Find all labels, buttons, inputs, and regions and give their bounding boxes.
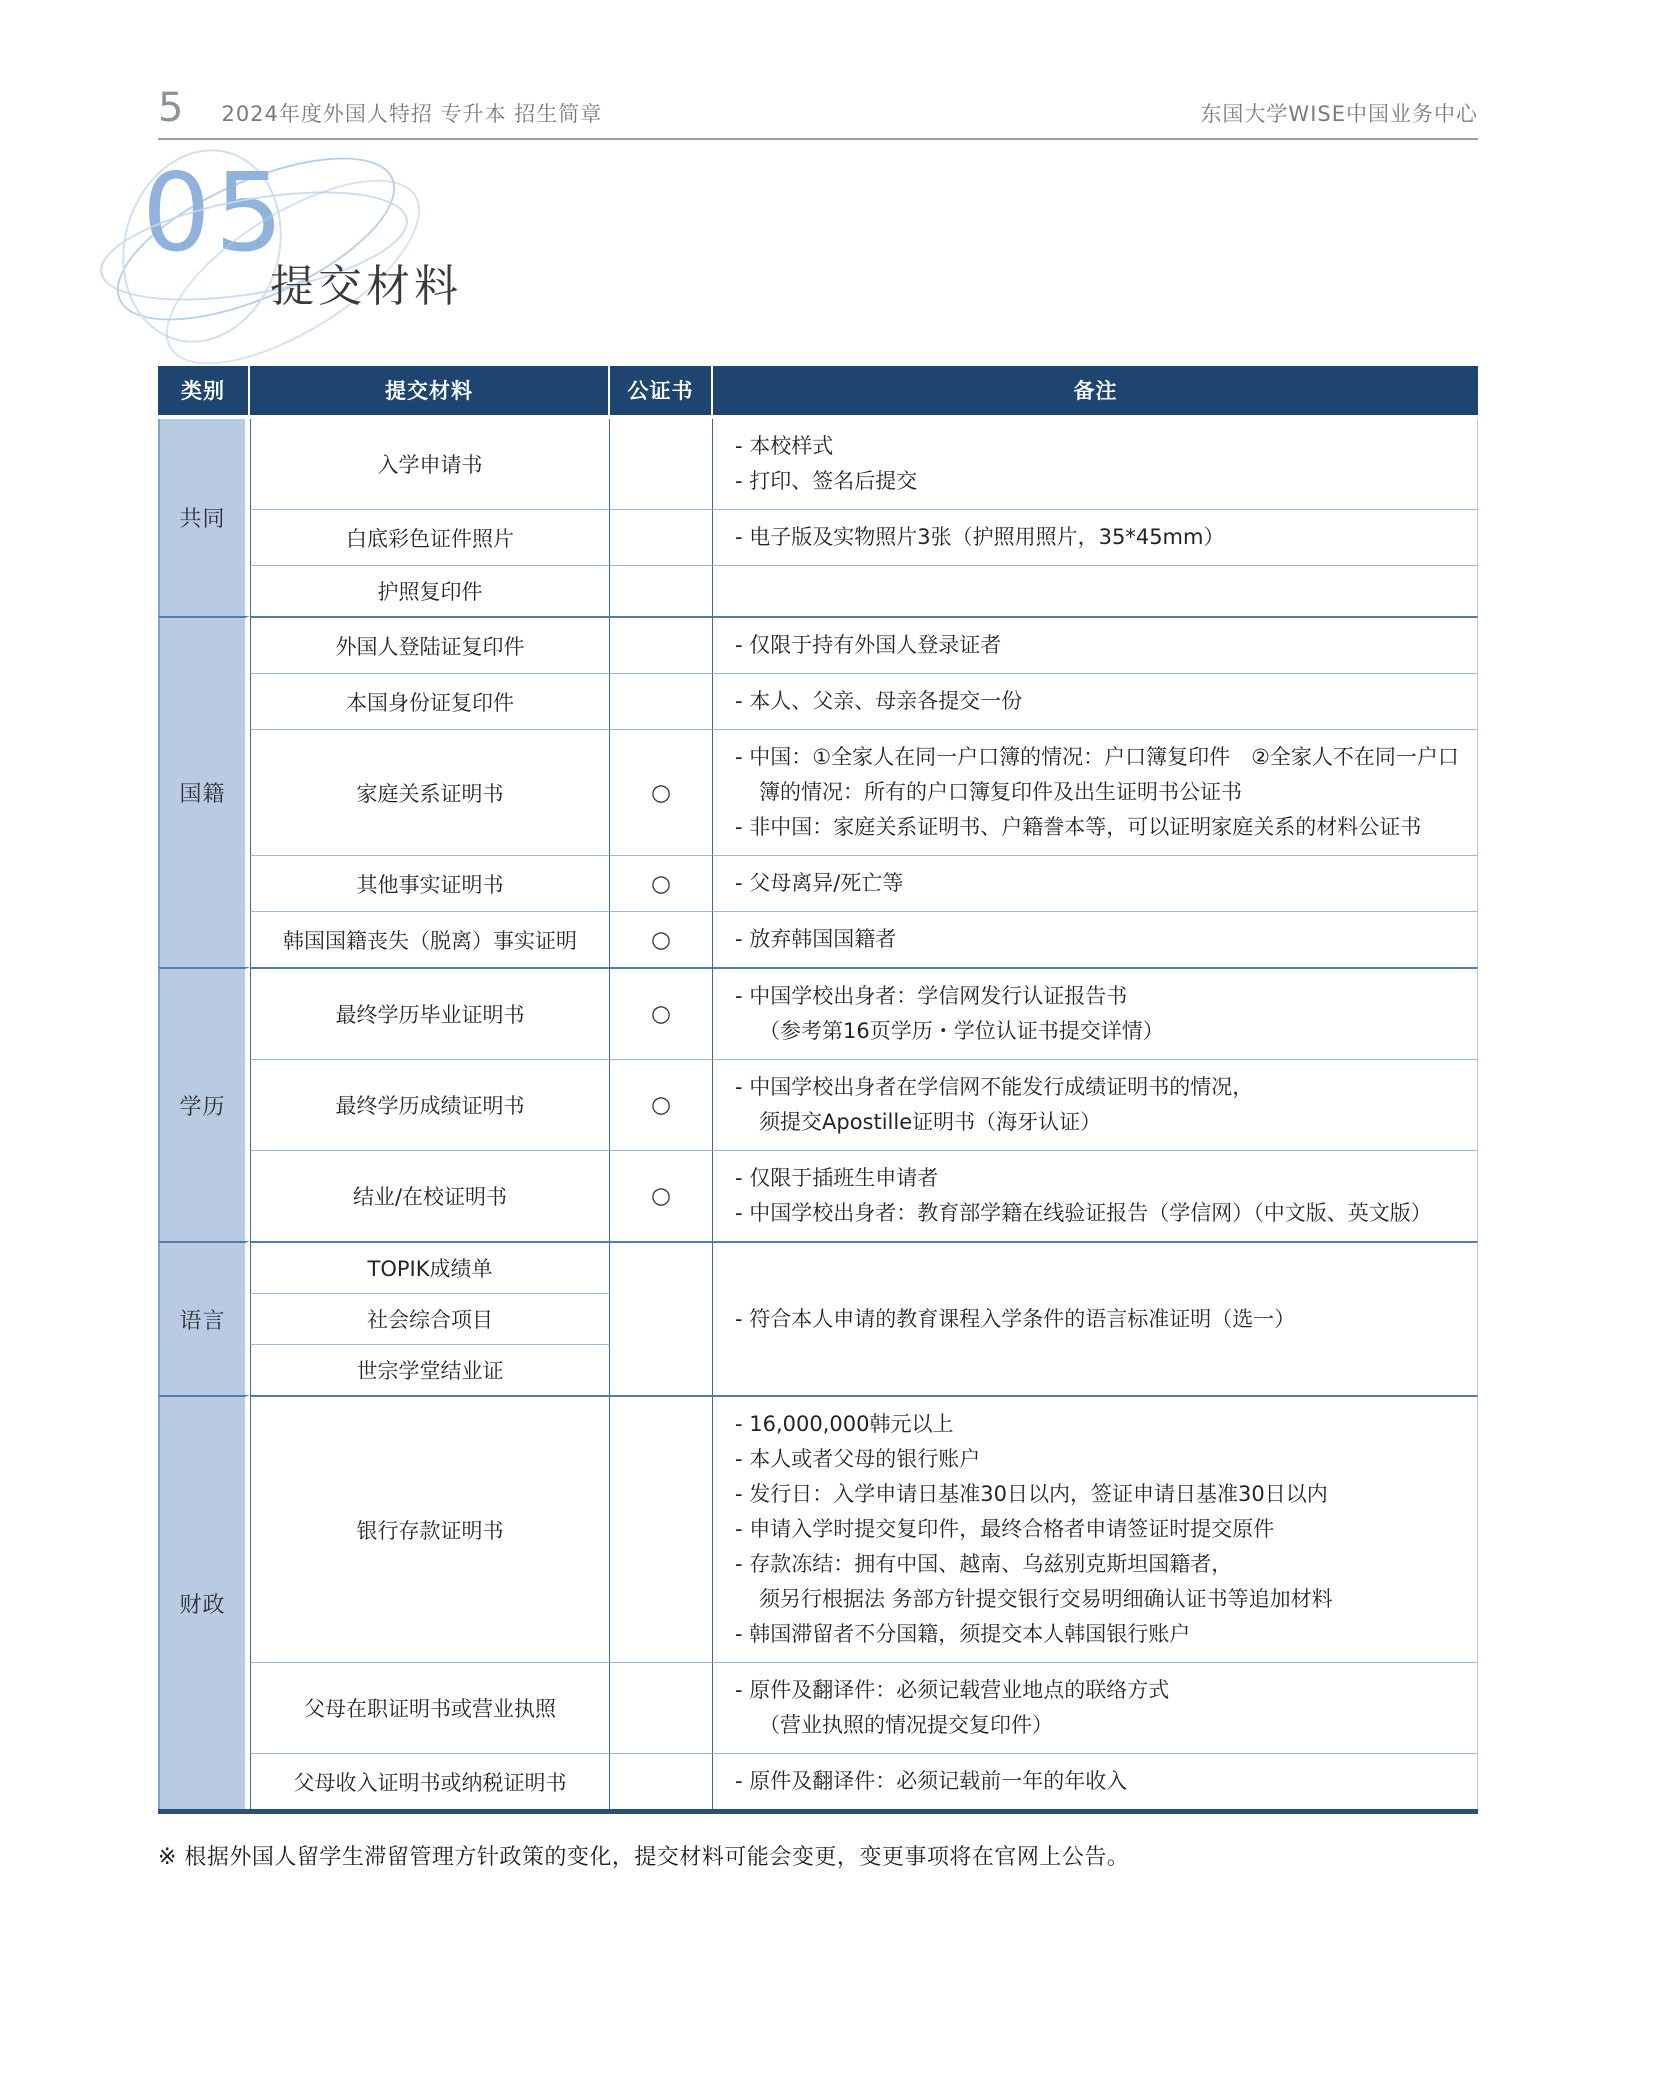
remark-line: - 打印、签名后提交 <box>735 464 1463 499</box>
remark-line: - 仅限于持有外国人登录证者 <box>735 628 1463 663</box>
remark-line: - 中国学校出身者：学信网发行认证报告书 <box>735 979 1463 1014</box>
table-row: 语言TOPIK成绩单- 符合本人申请的教育课程入学条件的语言标准证明（选一） <box>158 1241 1478 1293</box>
remarks-cell: - 本人、父亲、母亲各提交一份 <box>713 673 1478 729</box>
material-cell: 白底彩色证件照片 <box>250 509 610 565</box>
material-cell: 入学申请书 <box>250 419 610 509</box>
remark-line: 须提交Apostille证明书（海牙认证） <box>735 1105 1463 1140</box>
section-heading: 05 提交材料 <box>158 154 1478 366</box>
remark-line: - 韩国滞留者不分国籍，须提交本人韩国银行账户 <box>735 1617 1463 1652</box>
notary-cell <box>610 673 713 729</box>
remarks-cell: - 电子版及实物照片3张（护照用照片，35*45mm） <box>713 509 1478 565</box>
material-cell: 世宗学堂结业证 <box>250 1344 610 1395</box>
material-cell: 护照复印件 <box>250 565 610 616</box>
notary-cell <box>610 616 713 673</box>
category-cell: 财政 <box>158 1395 250 1809</box>
remarks-cell: - 符合本人申请的教育课程入学条件的语言标准证明（选一） <box>713 1241 1478 1395</box>
remarks-cell: - 16,000,000韩元以上- 本人或者父母的银行账户- 发行日：入学申请日… <box>713 1395 1478 1662</box>
table-row: 共同入学申请书- 本校样式- 打印、签名后提交 <box>158 419 1478 509</box>
remark-line: - 16,000,000韩元以上 <box>735 1407 1463 1442</box>
notary-cell <box>610 509 713 565</box>
notary-cell: ○ <box>610 855 713 911</box>
material-cell: 银行存款证明书 <box>250 1395 610 1662</box>
page-content: 5 2024年度外国人特招 专升本 招生简章 东国大学WISE中国业务中心 05… <box>158 0 1478 1871</box>
remarks-cell: - 中国学校出身者：学信网发行认证报告书（参考第16页学历・学位认证书提交详情） <box>713 967 1478 1059</box>
notary-cell: ○ <box>610 729 713 855</box>
remark-line: - 放弃韩国国籍者 <box>735 922 1463 957</box>
material-cell: 最终学历毕业证明书 <box>250 967 610 1059</box>
materials-table-body: 共同入学申请书- 本校样式- 打印、签名后提交白底彩色证件照片- 电子版及实物照… <box>158 419 1478 1809</box>
materials-table: 类别提交材料公证书备注 共同入学申请书- 本校样式- 打印、签名后提交白底彩色证… <box>158 366 1478 1814</box>
remarks-cell <box>713 565 1478 616</box>
remarks-cell: - 中国学校出身者在学信网不能发行成绩证明书的情况，须提交Apostille证明… <box>713 1059 1478 1150</box>
remark-line: - 父母离异/死亡等 <box>735 866 1463 901</box>
remarks-cell: - 中国：①全家人在同一户口簿的情况：户口簿复印件 ②全家人不在同一户口簿的情况… <box>713 729 1478 855</box>
section-number: 05 <box>142 160 287 268</box>
remark-line: - 发行日：入学申请日基准30日以内，签证申请日基准30日以内 <box>735 1477 1463 1512</box>
table-row: 家庭关系证明书○- 中国：①全家人在同一户口簿的情况：户口簿复印件 ②全家人不在… <box>158 729 1478 855</box>
table-row: 护照复印件 <box>158 565 1478 616</box>
remark-line: - 本人或者父母的银行账户 <box>735 1442 1463 1477</box>
remark-line: - 原件及翻译件：必须记载营业地点的联络方式 <box>735 1673 1463 1708</box>
table-row: 国籍外国人登陆证复印件- 仅限于持有外国人登录证者 <box>158 616 1478 673</box>
remarks-cell: - 放弃韩国国籍者 <box>713 911 1478 967</box>
material-cell: 社会综合项目 <box>250 1293 610 1344</box>
material-cell: 结业/在校证明书 <box>250 1150 610 1241</box>
notary-cell <box>610 419 713 509</box>
column-header-3: 备注 <box>713 366 1478 419</box>
material-cell: 韩国国籍丧失（脱离）事实证明 <box>250 911 610 967</box>
table-row: 韩国国籍丧失（脱离）事实证明○- 放弃韩国国籍者 <box>158 911 1478 967</box>
notary-cell: ○ <box>610 1059 713 1150</box>
table-row: 财政银行存款证明书- 16,000,000韩元以上- 本人或者父母的银行账户- … <box>158 1395 1478 1662</box>
column-header-2: 公证书 <box>610 366 713 419</box>
remarks-cell: - 本校样式- 打印、签名后提交 <box>713 419 1478 509</box>
remark-line: - 本人、父亲、母亲各提交一份 <box>735 684 1463 719</box>
remark-line: - 原件及翻译件：必须记载前一年的年收入 <box>735 1764 1463 1799</box>
remarks-cell: - 仅限于持有外国人登录证者 <box>713 616 1478 673</box>
remark-line: - 符合本人申请的教育课程入学条件的语言标准证明（选一） <box>735 1302 1463 1337</box>
table-row: 白底彩色证件照片- 电子版及实物照片3张（护照用照片，35*45mm） <box>158 509 1478 565</box>
remark-line: （营业执照的情况提交复印件） <box>735 1708 1463 1743</box>
remark-line: - 中国学校出身者：教育部学籍在线验证报告（学信网）（中文版、英文版） <box>735 1196 1463 1231</box>
category-cell: 学历 <box>158 967 250 1241</box>
footnote: ※ 根据外国人留学生滞留管理方针政策的变化，提交材料可能会变更，变更事项将在官网… <box>158 1840 1478 1871</box>
remark-line: - 申请入学时提交复印件，最终合格者申请签证时提交原件 <box>735 1512 1463 1547</box>
material-cell: 父母在职证明书或营业执照 <box>250 1662 610 1753</box>
notary-cell <box>610 565 713 616</box>
remark-line: - 非中国：家庭关系证明书、户籍誊本等，可以证明家庭关系的材料公证书 <box>735 810 1463 845</box>
table-row: 其他事实证明书○- 父母离异/死亡等 <box>158 855 1478 911</box>
remark-line: - 中国学校出身者在学信网不能发行成绩证明书的情况， <box>735 1070 1463 1105</box>
table-row: 父母收入证明书或纳税证明书- 原件及翻译件：必须记载前一年的年收入 <box>158 1753 1478 1809</box>
material-cell: 外国人登陆证复印件 <box>250 616 610 673</box>
notary-cell <box>610 1395 713 1662</box>
remark-line: 须另行根据法 务部方针提交银行交易明细确认证书等追加材料 <box>735 1582 1463 1617</box>
category-cell: 语言 <box>158 1241 250 1395</box>
category-cell: 共同 <box>158 419 250 616</box>
table-row: 父母在职证明书或营业执照- 原件及翻译件：必须记载营业地点的联络方式（营业执照的… <box>158 1662 1478 1753</box>
remark-line: - 本校样式 <box>735 429 1463 464</box>
header-title-left: 2024年度外国人特招 专升本 招生简章 <box>221 98 602 128</box>
material-cell: 最终学历成绩证明书 <box>250 1059 610 1150</box>
remark-line: - 中国：①全家人在同一户口簿的情况：户口簿复印件 ②全家人不在同一户口簿的情况… <box>735 740 1463 810</box>
section-title: 提交材料 <box>270 250 462 314</box>
notary-cell <box>610 1662 713 1753</box>
remark-line: - 电子版及实物照片3张（护照用照片，35*45mm） <box>735 520 1463 555</box>
column-header-1: 提交材料 <box>250 366 610 419</box>
material-cell: 其他事实证明书 <box>250 855 610 911</box>
category-cell: 国籍 <box>158 616 250 967</box>
material-cell: 父母收入证明书或纳税证明书 <box>250 1753 610 1809</box>
page-header: 5 2024年度外国人特招 专升本 招生简章 东国大学WISE中国业务中心 <box>158 0 1478 140</box>
remarks-cell: - 原件及翻译件：必须记载前一年的年收入 <box>713 1753 1478 1809</box>
notary-cell <box>610 1753 713 1809</box>
notary-cell: ○ <box>610 1150 713 1241</box>
remark-line: - 仅限于插班生申请者 <box>735 1161 1463 1196</box>
notary-cell <box>610 1241 713 1395</box>
material-cell: 家庭关系证明书 <box>250 729 610 855</box>
remark-line: （参考第16页学历・学位认证书提交详情） <box>735 1014 1463 1049</box>
column-header-0: 类别 <box>158 366 250 419</box>
table-row: 学历最终学历毕业证明书○- 中国学校出身者：学信网发行认证报告书（参考第16页学… <box>158 967 1478 1059</box>
page-number: 5 <box>158 88 183 128</box>
material-cell: TOPIK成绩单 <box>250 1241 610 1293</box>
notary-cell: ○ <box>610 967 713 1059</box>
material-cell: 本国身份证复印件 <box>250 673 610 729</box>
remarks-cell: - 父母离异/死亡等 <box>713 855 1478 911</box>
notary-cell: ○ <box>610 911 713 967</box>
remark-line: - 存款冻结：拥有中国、越南、乌兹别克斯坦国籍者， <box>735 1547 1463 1582</box>
header-title-right: 东国大学WISE中国业务中心 <box>1200 98 1478 128</box>
materials-table-head: 类别提交材料公证书备注 <box>158 366 1478 419</box>
table-row: 最终学历成绩证明书○- 中国学校出身者在学信网不能发行成绩证明书的情况，须提交A… <box>158 1059 1478 1150</box>
table-row: 本国身份证复印件- 本人、父亲、母亲各提交一份 <box>158 673 1478 729</box>
remarks-cell: - 原件及翻译件：必须记载营业地点的联络方式（营业执照的情况提交复印件） <box>713 1662 1478 1753</box>
remarks-cell: - 仅限于插班生申请者- 中国学校出身者：教育部学籍在线验证报告（学信网）（中文… <box>713 1150 1478 1241</box>
table-row: 结业/在校证明书○- 仅限于插班生申请者- 中国学校出身者：教育部学籍在线验证报… <box>158 1150 1478 1241</box>
